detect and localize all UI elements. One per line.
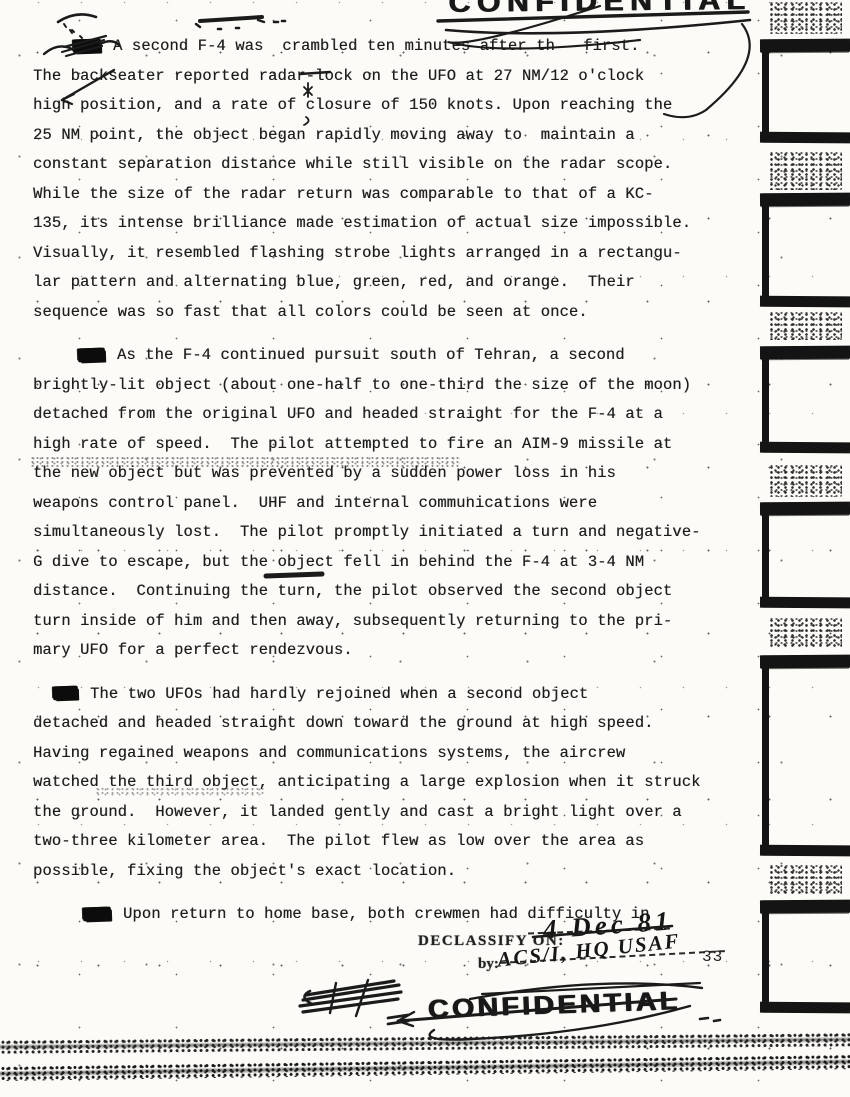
text-line: the ground. However, it landed gently an… [33, 798, 723, 828]
binding-speckle [768, 465, 842, 497]
binding-bracket [760, 39, 850, 143]
paragraph: As the F-4 continued pursuit south of Te… [33, 341, 723, 666]
text-line: two-three kilometer area. The pilot flew… [33, 827, 723, 857]
text-line: the new object but was prevented by a su… [33, 459, 723, 489]
redaction-mark [78, 347, 105, 362]
redaction-mark [83, 906, 111, 921]
text-line: distance. Continuing the turn, the pilot… [33, 577, 723, 607]
text-line: detached and headed straight down toward… [33, 709, 723, 739]
text-line: While the size of the radar return was c… [33, 180, 723, 210]
text-line: Visually, it resembled flashing strobe l… [33, 239, 723, 269]
text-line: weapons control panel. UHF and internal … [33, 489, 723, 519]
text-line: lar pattern and alternating blue, green,… [33, 268, 723, 298]
text-line: G dive to escape, but the object fell in… [33, 548, 723, 578]
text-line: A second F-4 was crambled ten minutes af… [33, 32, 723, 62]
text-line: The backseater reported radar-lock on th… [33, 62, 723, 92]
text-line: high position, and a rate of closure of … [33, 91, 723, 121]
text-line: simultaneously lost. The pilot promptly … [33, 518, 723, 548]
text-line: 135, its intense brilliance made estimat… [33, 209, 723, 239]
text-line: As the F-4 continued pursuit south of Te… [33, 341, 723, 371]
scanned-document-page: { "document": { "classification_stamp_to… [0, 0, 850, 1097]
text-line: sequence was so fast that all colors cou… [33, 298, 723, 328]
scribble-redaction [300, 980, 408, 1024]
binding-bracket [760, 900, 850, 1013]
scan-band [0, 1032, 850, 1054]
binding-speckle [768, 865, 842, 895]
binding-bracket [760, 346, 850, 453]
binding-bracket [760, 655, 850, 856]
text-line: constant separation distance while still… [33, 150, 723, 180]
scan-band [0, 1054, 850, 1081]
page-number: 33 [702, 948, 723, 966]
binding-speckle [768, 2, 842, 34]
top-classification-stamp: CONFIDENTIAL [448, 0, 751, 19]
text-line: The two UFOs had hardly rejoined when a … [33, 680, 723, 710]
redaction-mark [53, 686, 78, 701]
binding-bracket [760, 502, 850, 608]
binding-speckle [768, 618, 842, 648]
paragraph: A second F-4 was crambled ten minutes af… [33, 32, 723, 327]
text-line: high rate of speed. The pilot attempted … [33, 430, 723, 460]
declassify-by-label: by: [478, 956, 499, 973]
text-line: watched the third object, anticipating a… [33, 768, 723, 798]
text-line: turn inside of him and then away, subseq… [33, 607, 723, 637]
text-line: Having regained weapons and communicatio… [33, 739, 723, 769]
text-line: detached from the original UFO and heade… [33, 400, 723, 430]
text-line: possible, fixing the object's exact loca… [33, 857, 723, 887]
binding-edge [760, 0, 850, 1097]
text-line: 25 NM point, the object began rapidly mo… [33, 121, 723, 151]
binding-bracket [760, 193, 850, 307]
bottom-classification-stamp: CONFIDENTIAL [427, 985, 681, 1025]
binding-speckle [768, 152, 842, 190]
paragraph: The two UFOs had hardly rejoined when a … [33, 680, 723, 887]
text-line: brightly-lit object (about one-half to o… [33, 371, 723, 401]
binding-speckle [768, 312, 842, 340]
redaction-mark [73, 38, 101, 53]
text-line: mary UFO for a perfect rendezvous. [33, 636, 723, 666]
doc-text: A second F-4 was crambled ten minutes af… [33, 32, 723, 944]
